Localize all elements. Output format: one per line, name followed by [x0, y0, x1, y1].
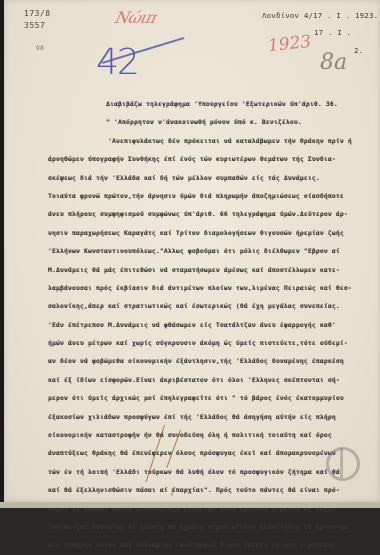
body-line: τών έν τή λοιπή 'Ελλάδι τούρκων θά λυθή … — [48, 463, 370, 481]
red-pencil-year: 1923 — [267, 32, 312, 56]
dateline-page-number: 2. — [354, 46, 363, 55]
body-line: 'Ανεπιφυλάκτως δέν πρόκειται νά καταλάβω… — [48, 132, 370, 150]
body-line: άνευ πλήρους συμψηφισμού συμφώνως ύπ'άρι… — [48, 205, 370, 223]
dateline-received: 17 . I . — [314, 28, 351, 37]
body-line: " 'Απόρρητον ν'άνακοινωθή μόνον ύπό κ. Β… — [48, 113, 370, 131]
body-line: άρνηθώμεν ύπογραφήν Συνθήκης έπί ένός τώ… — [48, 150, 370, 168]
red-pencil-annotation: Νώιπ — [113, 8, 158, 27]
body-line: μερον ότι ύμεϊς άρχικώς μοί έπηλεγραφεϊτ… — [48, 389, 370, 407]
document-page: 173/8 3557 98 Νώιπ 1923 42 8a Λονδίνον 4… — [4, 0, 380, 502]
archive-ref-2: 3557 — [24, 21, 45, 30]
body-line: άναπτύξεως Θράκης θά έπενέφερεν όλους πρ… — [48, 444, 370, 462]
dateline-place-date: Λονδίνον 4/17 . I . 1923. — [262, 11, 378, 20]
telegram-body: Διαβιβάζω τηλεγράφημα 'Υπουργείου 'Εξωτε… — [48, 95, 370, 508]
archive-ref-1: 173/8 — [24, 9, 51, 18]
body-line: Τοιαύτα φρονώ πρώτον,τήν άρνησιν ύμών δι… — [48, 187, 370, 205]
scan-bottom-edge — [0, 502, 380, 508]
body-line: 'Εάν έπέτρεπον Μ.Δυνάμεις νά φθάσωμεν εί… — [48, 316, 370, 334]
body-line: έξακοσίων χιλιάδων προσφύγων έπί τής 'Ελ… — [48, 408, 370, 426]
body-line: λαμβάνουσαι πρός έκβίασιν διά άντιμέτων … — [48, 279, 370, 297]
body-line: νησιν παραχωρήσεως Καραγάτς καί Τρίτον δ… — [48, 224, 370, 242]
body-line: οίκονομικήν καταστροφήν ήν θά συνοδεύση … — [48, 426, 370, 444]
body-line: Διαβιβάζω τηλεγράφημα 'Υπουργείου 'Εξωτε… — [48, 95, 370, 113]
body-line: Μ.Δυνάμεις θά μάς έπιτεθώσι νά σταματήσω… — [48, 261, 370, 279]
body-line: ήμών άνευ μέτρων καί χωρίς σύγκρουσιν άκ… — [48, 334, 370, 352]
body-line: καί έξ ίδίων είσφορών.Είναι άκριβέστατον… — [48, 371, 370, 389]
body-line: 'Ελλήνων Κωνσταντινουπόλεως."Αλλως φοβού… — [48, 242, 370, 260]
body-line: σαλονίκης,άπερ καί στρατιωτικώς καί έσωτ… — [48, 297, 370, 315]
body-line: αν δέον νά φοβώμεθα οίκονομικήν έξάντλησ… — [48, 352, 370, 370]
body-line: σκέψεως διά τήν 'Ελλάδα καί δή τών μέλλο… — [48, 169, 370, 187]
archive-stamp-icon — [326, 447, 360, 481]
grey-pencil-annotation: 8a — [320, 50, 347, 75]
archive-ref-3: 98 — [36, 45, 44, 52]
body-line: καί θά έξελληνισθώσιν πάσαι αί έπαρχίαι"… — [48, 481, 370, 499]
